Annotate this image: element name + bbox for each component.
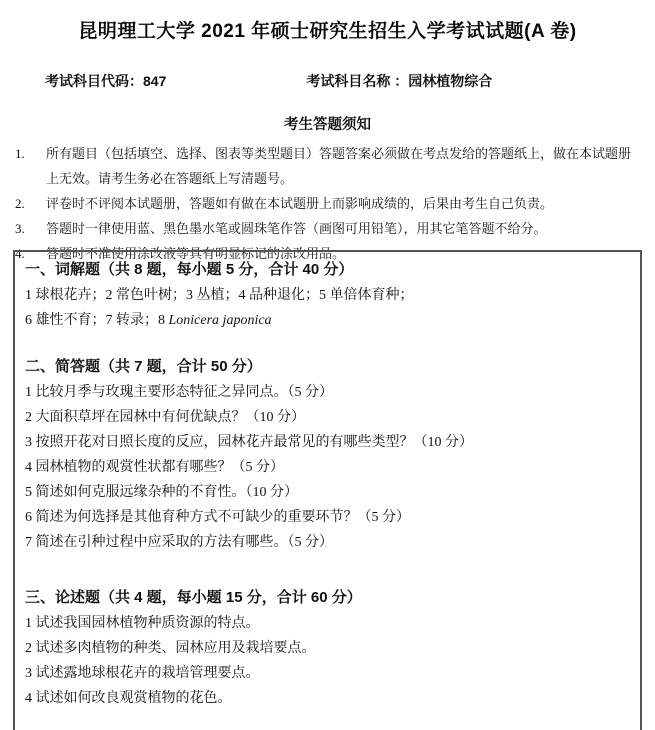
notice-item-text: 所有题目（包括填空、选择、图表等类型题目）答题答案必须做在考点发给的答题纸上，做…: [46, 141, 643, 191]
page-title: 昆明理工大学 2021 年硕士研究生招生入学考试试题(A 卷): [0, 0, 655, 43]
subject-name-value: 园林植物综合: [408, 73, 492, 89]
question-line: 4 试述如何改良观赏植物的花色。: [25, 686, 630, 711]
question-line: 1 球根花卉；2 常色叶树；3 丛植；4 品种退化；5 单倍体育种；: [25, 283, 630, 308]
notice-item: 2. 评卷时不评阅本试题册，答题如有做在本试题册上而影响成绩的，后果由考生自己负…: [15, 191, 643, 216]
notice-item-number: 2.: [15, 191, 46, 216]
question-line: 3 试述露地球根花卉的栽培管理要点。: [25, 661, 630, 686]
section-heading: 三、论述题（共 4 题，每小题 15 分，合计 60 分）: [25, 585, 630, 611]
notice-item-text: 评卷时不评阅本试题册，答题如有做在本试题册上而影响成绩的，后果由考生自己负责。: [46, 191, 643, 216]
subject-code-value: 847: [143, 73, 166, 89]
subject-name-label: 考试科目名称 ：: [306, 73, 408, 89]
notice-list: 1. 所有题目（包括填空、选择、图表等类型题目）答题答案必须做在考点发给的答题纸…: [0, 141, 655, 266]
section-short-answer: 二、简答题（共 7 题，合计 50 分） 1 比较月季与玫瑰主要形态特征之异同点…: [25, 354, 630, 555]
notice-item: 1. 所有题目（包括填空、选择、图表等类型题目）答题答案必须做在考点发给的答题纸…: [15, 141, 643, 191]
section-essay: 三、论述题（共 4 题，每小题 15 分，合计 60 分） 1 试述我国园林植物…: [25, 585, 630, 711]
latin-species-name: Lonicera japonica: [169, 313, 272, 328]
section-heading: 二、简答题（共 7 题，合计 50 分）: [25, 354, 630, 380]
question-line: 6 雄性不育；7 转录；8 Lonicera japonica: [25, 308, 630, 333]
subject-row: 考试科目代码：847 考试科目名称 ：园林植物综合: [0, 71, 655, 91]
question-box: 一、词解题（共 8 题，每小题 5 分，合计 40 分） 1 球根花卉；2 常色…: [13, 250, 642, 730]
question-line: 5 简述如何克服远缘杂种的不育性。（10 分）: [25, 480, 630, 505]
notice-item: 3. 答题时一律使用蓝、黑色墨水笔或圆珠笔作答（画图可用铅笔），用其它笔答题不给…: [15, 216, 643, 241]
question-line: 7 简述在引种过程中应采取的方法有哪些。（5 分）: [25, 530, 630, 555]
notice-heading: 考生答题须知: [0, 113, 655, 134]
notice-item-number: 3.: [15, 216, 46, 241]
question-line: 2 大面积草坪在园林中有何优缺点？（10 分）: [25, 405, 630, 430]
question-line: 4 园林植物的观赏性状都有哪些？（5 分）: [25, 455, 630, 480]
section-glossary: 一、词解题（共 8 题，每小题 5 分，合计 40 分） 1 球根花卉；2 常色…: [25, 257, 630, 333]
section-heading: 一、词解题（共 8 题，每小题 5 分，合计 40 分）: [25, 257, 630, 283]
subject-code: 考试科目代码：847: [45, 71, 166, 91]
question-line: 6 简述为何选择是其他育种方式不可缺少的重要环节？（5 分）: [25, 505, 630, 530]
question-line: 2 试述多肉植物的种类、园林应用及栽培要点。: [25, 636, 630, 661]
question-line: 1 比较月季与玫瑰主要形态特征之异同点。（5 分）: [25, 380, 630, 405]
question-line: 3 按照开花对日照长度的反应，园林花卉最常见的有哪些类型？（10 分）: [25, 430, 630, 455]
notice-item-number: 1.: [15, 141, 46, 191]
subject-name: 考试科目名称 ：园林植物综合: [306, 71, 492, 91]
exam-paper-page: 昆明理工大学 2021 年硕士研究生招生入学考试试题(A 卷) 考试科目代码：8…: [0, 0, 655, 730]
notice-item-text: 答题时一律使用蓝、黑色墨水笔或圆珠笔作答（画图可用铅笔），用其它笔答题不给分。: [46, 216, 643, 241]
question-line-prefix: 6 雄性不育；7 转录；8: [25, 313, 169, 328]
question-line: 1 试述我国园林植物种质资源的特点。: [25, 611, 630, 636]
subject-code-label: 考试科目代码：: [45, 73, 143, 89]
